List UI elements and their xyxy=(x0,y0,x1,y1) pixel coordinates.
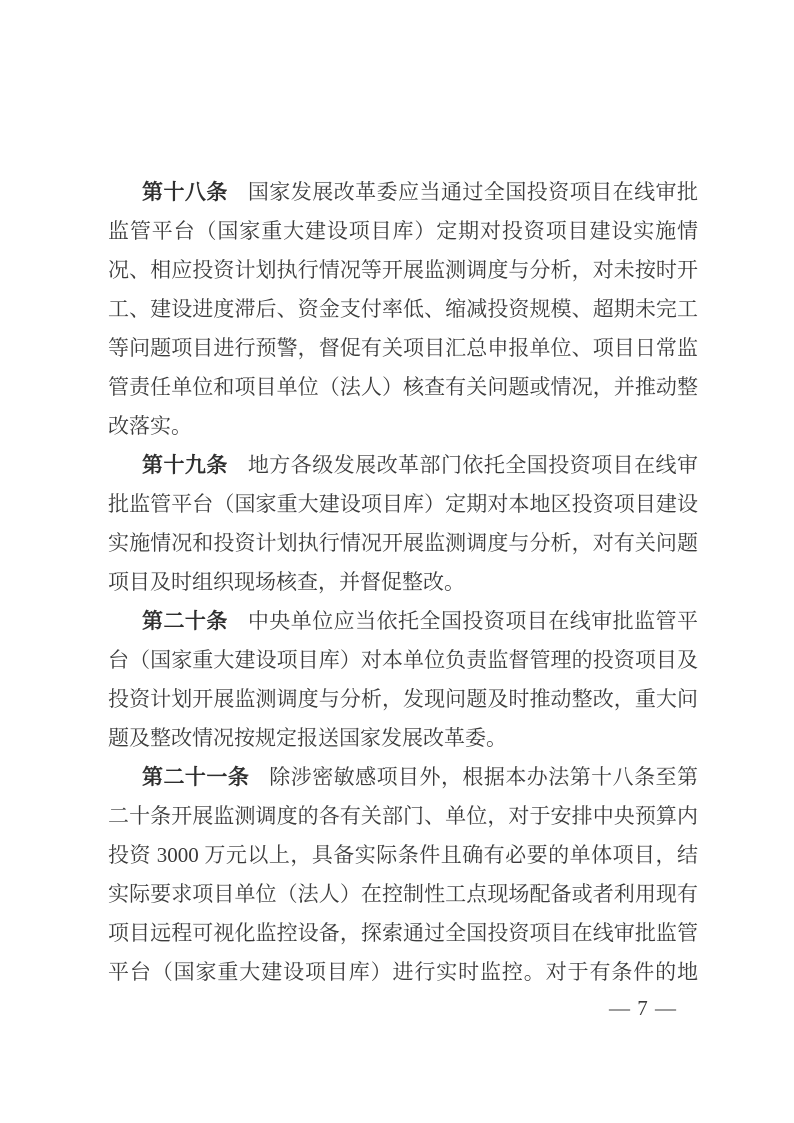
text-line: 批监管平台（国家重大建设项目库）定期对本地区投资项目建设 xyxy=(108,485,698,524)
article-text: 除涉密敏感项目外，根据本办法第十八条至第 xyxy=(269,765,698,789)
article-number: 第二十一条 xyxy=(142,766,249,789)
article-text: 国家发展改革委应当通过全国投资项目在线审批 xyxy=(248,180,698,204)
text-line: 项目及时组织现场核查，并督促整改。 xyxy=(108,563,698,602)
article-number: 第十八条 xyxy=(142,181,228,204)
text-line: 二十条开展监测调度的各有关部门、单位，对于安排中央预算内 xyxy=(108,797,698,836)
text-line: 管责任单位和项目单位（法人）核查有关问题或情况，并推动整 xyxy=(108,368,698,407)
text-line: 项目远程可视化监控设备，探索通过全国投资项目在线审批监管 xyxy=(108,914,698,953)
article-text: 地方各级发展改革部门依托全国投资项目在线审 xyxy=(248,453,698,477)
text-line: 况、相应投资计划执行情况等开展监测调度与分析，对未按时开 xyxy=(108,251,698,290)
text-line: 工、建设进度滞后、资金支付率低、缩减投资规模、超期未完工 xyxy=(108,290,698,329)
text-line: 台（国家重大建设项目库）对本单位负责监督管理的投资项目及 xyxy=(108,641,698,680)
text-line: 监管平台（国家重大建设项目库）定期对投资项目建设实施情 xyxy=(108,212,698,251)
article-number: 第二十条 xyxy=(142,610,228,633)
page-number: — 7 — xyxy=(609,996,677,1020)
text-line: 改落实。 xyxy=(108,407,698,446)
text-line: 题及整改情况按规定报送国家发展改革委。 xyxy=(108,719,698,758)
text-line: 等问题项目进行预警，督促有关项目汇总申报单位、项目日常监 xyxy=(108,329,698,368)
article-text: 中央单位应当依托全国投资项目在线审批监管平 xyxy=(248,609,698,633)
article-number: 第十九条 xyxy=(142,454,228,477)
text-line: 实际要求项目单位（法人）在控制性工点现场配备或者利用现有 xyxy=(108,875,698,914)
text-line: 投资计划开展监测调度与分析，发现问题及时推动整改，重大问 xyxy=(108,680,698,719)
text-line: 第二十条中央单位应当依托全国投资项目在线审批监管平 xyxy=(108,602,698,641)
document-body: 第十八条国家发展改革委应当通过全国投资项目在线审批 监管平台（国家重大建设项目库… xyxy=(108,173,698,992)
text-line: 第十九条地方各级发展改革部门依托全国投资项目在线审 xyxy=(108,446,698,485)
text-line: 第十八条国家发展改革委应当通过全国投资项目在线审批 xyxy=(108,173,698,212)
text-line: 平台（国家重大建设项目库）进行实时监控。对于有条件的地 xyxy=(108,953,698,992)
text-line: 投资 3000 万元以上，具备实际条件且确有必要的单体项目，结合 xyxy=(108,836,698,875)
text-line: 实施情况和投资计划执行情况开展监测调度与分析，对有关问题 xyxy=(108,524,698,563)
text-line: 第二十一条除涉密敏感项目外，根据本办法第十八条至第 xyxy=(108,758,698,797)
